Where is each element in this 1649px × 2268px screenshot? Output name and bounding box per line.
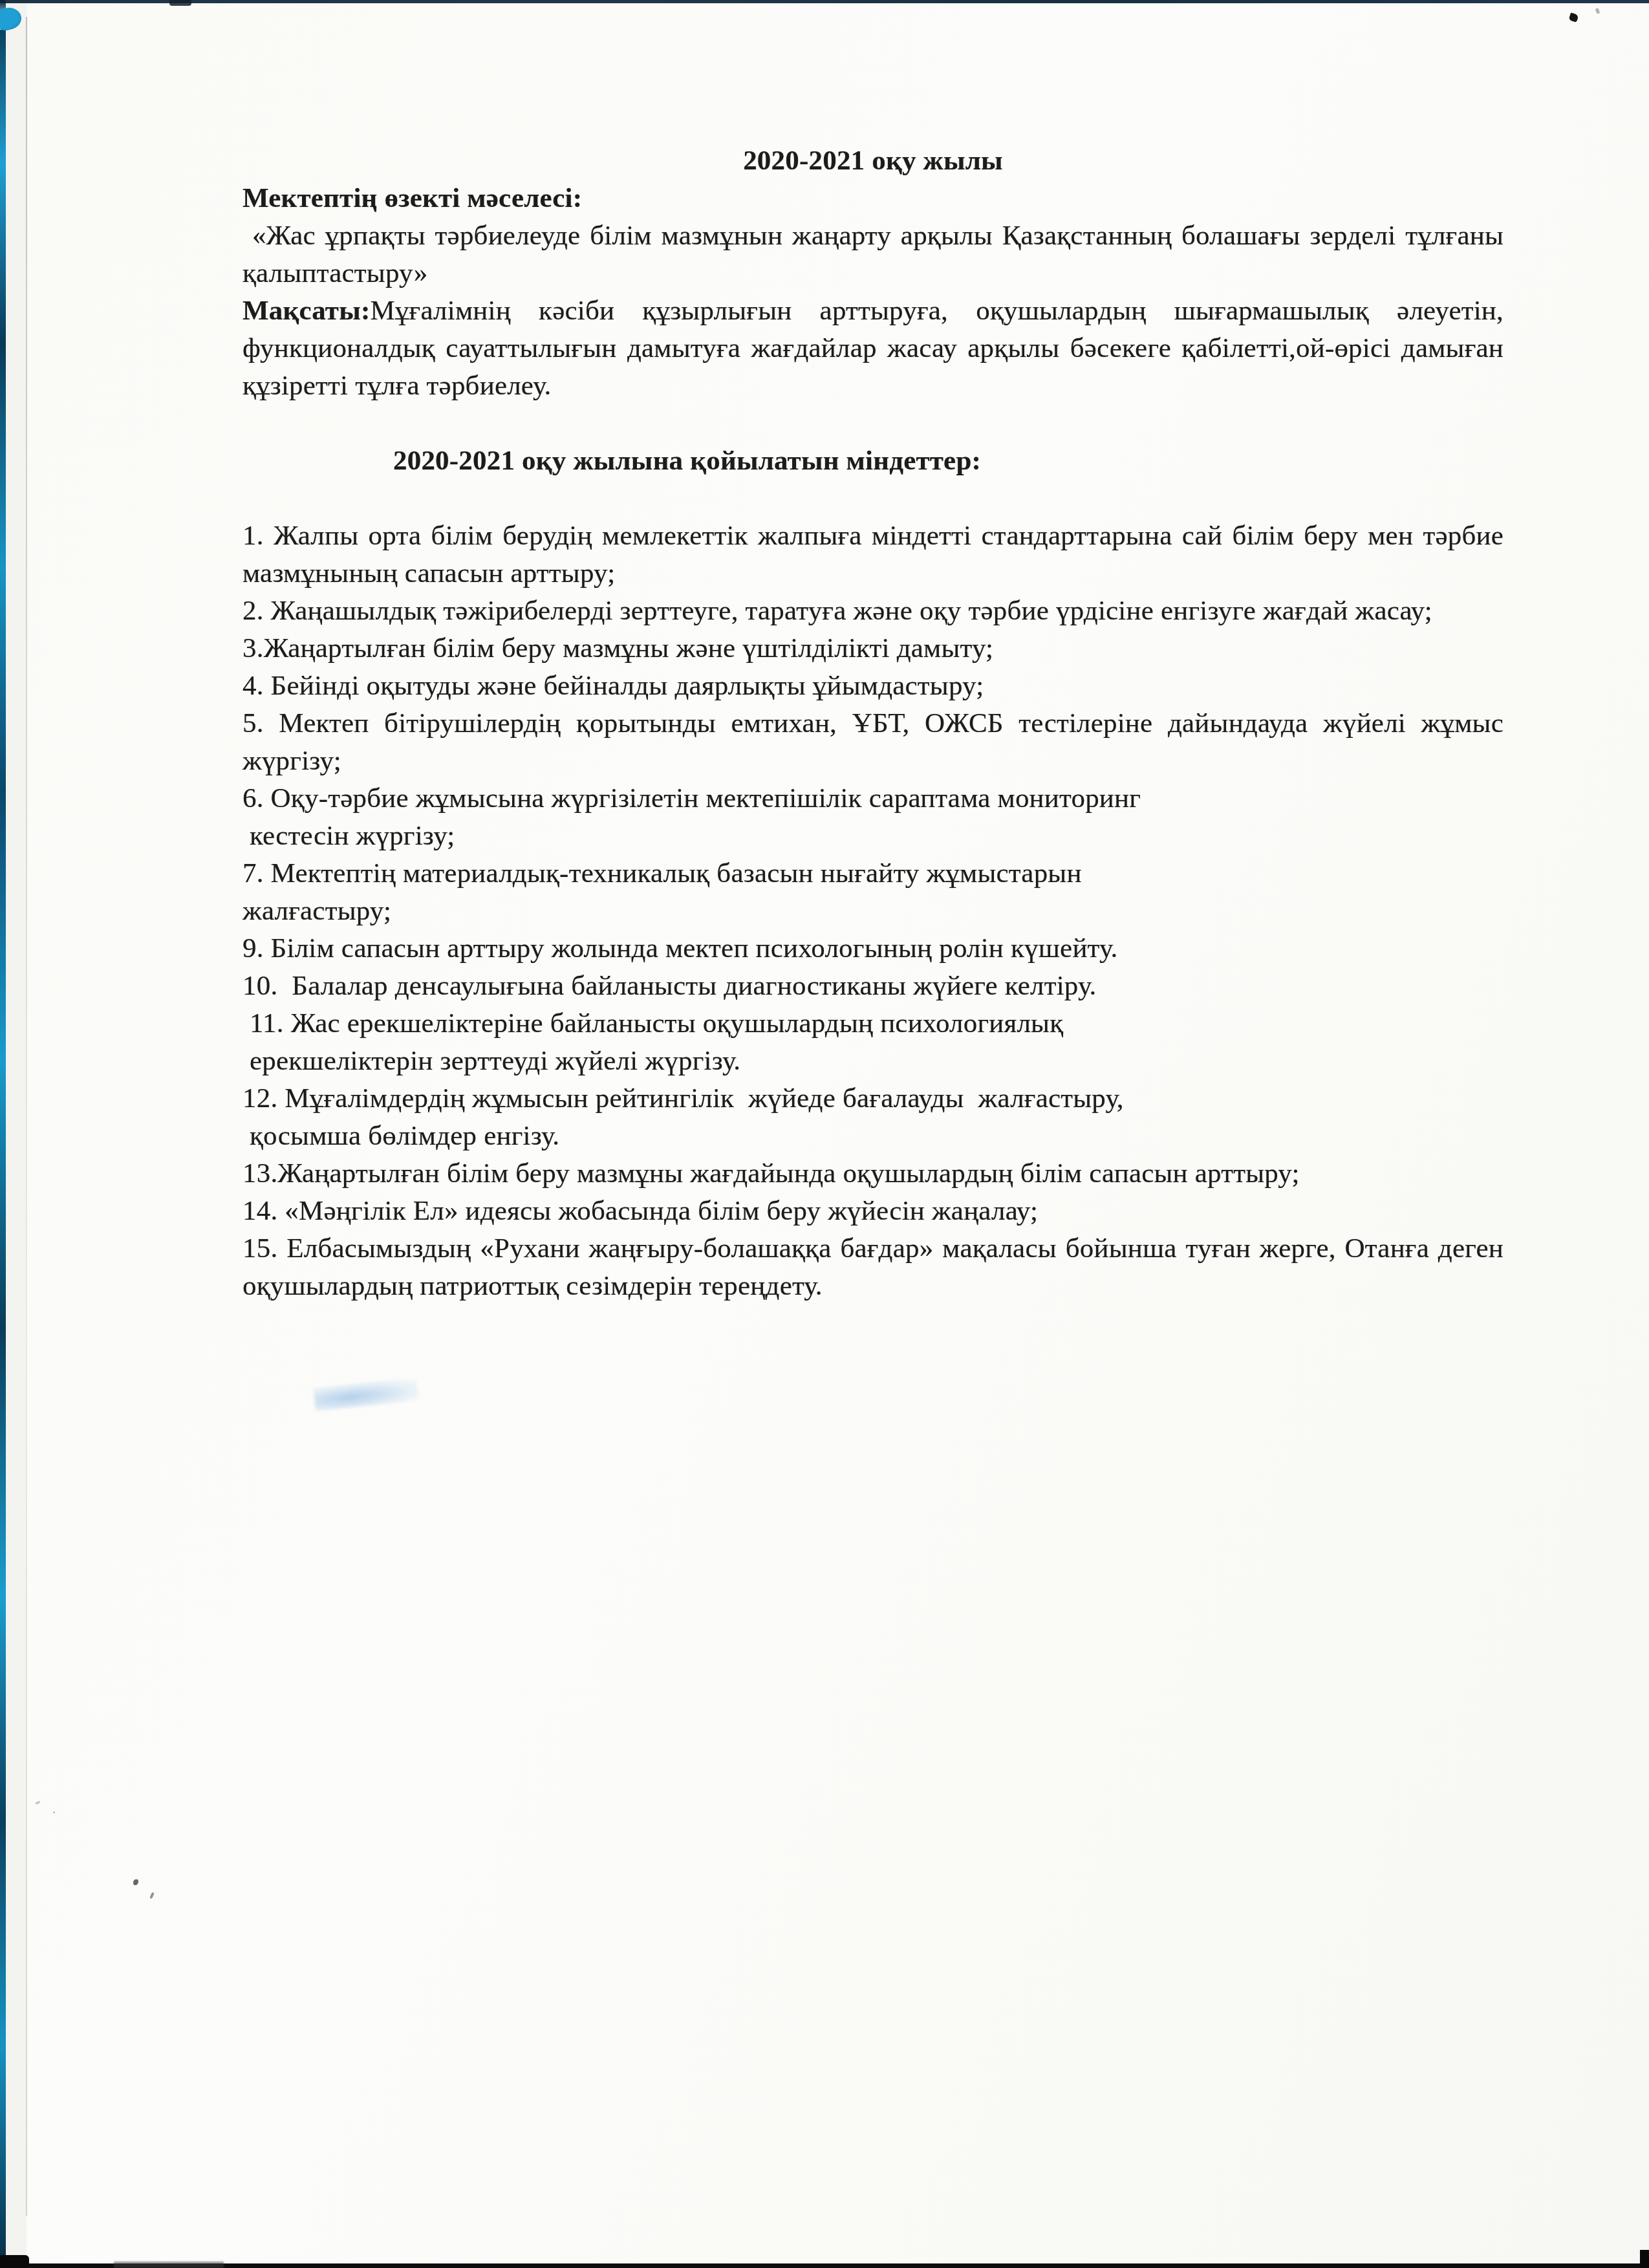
task-item-13: 13.Жаңартылған білім беру мазмұны жағдай… <box>242 1155 1503 1193</box>
goal-label: Мақсаты: <box>242 296 370 326</box>
tasks-heading: 2020-2021 оқу жылына қойылатын міндеттер… <box>242 442 1503 480</box>
bottom-right-ink-block <box>1640 2250 1649 2268</box>
bottom-left-ink-block <box>0 2255 29 2268</box>
scanner-edge-strip-top <box>0 0 1649 3</box>
scanner-edge-strip-left <box>0 30 6 2268</box>
cyan-ink-blot <box>0 5 24 33</box>
scanner-edge-tick <box>169 0 191 6</box>
task-item-6: 6. Оқу-тәрбие жұмысына жүргізілетін мект… <box>242 780 1503 855</box>
bottom-smudge <box>114 2262 224 2268</box>
ink-speck-top-right-2 <box>1595 8 1600 14</box>
task-item-3: 3.Жаңартылған білім беру мазмұны және үш… <box>242 630 1503 667</box>
ink-speck-3 <box>36 1801 41 1805</box>
scanner-gutter <box>6 0 27 2268</box>
task-item-7: 7. Мектептің материалдық-техникалық база… <box>242 855 1503 930</box>
goal-text: Мұғалімнің кәсіби құзырлығын арттыруға, … <box>242 296 1511 401</box>
problem-text: «Жас ұрпақты тәрбиелеуде білім мазмұнын … <box>242 217 1503 292</box>
task-item-2: 2. Жаңашылдық тәжірибелерді зерттеуге, т… <box>242 592 1503 630</box>
task-item-15: 15. Елбасымыздың «Рухани жаңғыру-болашақ… <box>242 1230 1503 1305</box>
task-item-9: 9. Білім сапасын арттыру жолында мектеп … <box>242 930 1503 967</box>
document-content: 2020-2021 оқу жылы Мектептің өзекті мәсе… <box>242 142 1503 1305</box>
task-item-12: 12. Мұғалімдердің жұмысын рейтингілік жү… <box>242 1080 1503 1155</box>
ink-speck-1 <box>133 1879 138 1885</box>
task-item-10: 10. Балалар денсаулығына байланысты диаг… <box>242 967 1503 1005</box>
ink-speck-top-right <box>1568 12 1579 22</box>
task-item-11: 11. Жас ерекшеліктеріне байланысты оқушы… <box>242 1005 1503 1080</box>
tasks-list: 1. Жалпы орта білім берудің мемлекеттік … <box>242 517 1503 1305</box>
document-title: 2020-2021 оқу жылы <box>242 142 1503 180</box>
task-item-5: 5. Мектеп бітірушілердің қорытынды емтих… <box>242 705 1503 780</box>
ink-speck-2 <box>149 1892 155 1899</box>
faint-blue-scribble <box>314 1377 419 1412</box>
scanned-page: { "colors": { "paper": "#fafaf7", "ink":… <box>0 0 1649 2268</box>
scanner-edge-strip-cap <box>0 0 6 30</box>
goal-paragraph: Мақсаты:Мұғалімнің кәсіби құзырлығын арт… <box>242 292 1503 405</box>
task-item-1: 1. Жалпы орта білім берудің мемлекеттік … <box>242 517 1503 592</box>
task-item-4: 4. Бейінді оқытуды және бейіналды даярлы… <box>242 667 1503 705</box>
task-item-14: 14. «Мәңгілік Ел» идеясы жобасында білім… <box>242 1193 1503 1230</box>
page-edge-shadow <box>26 17 27 2216</box>
ink-speck-4 <box>53 1811 55 1813</box>
problem-label: Мектептің өзекті мәселесі: <box>242 180 1503 217</box>
scanner-edge-strip-bottom <box>0 2263 1649 2268</box>
